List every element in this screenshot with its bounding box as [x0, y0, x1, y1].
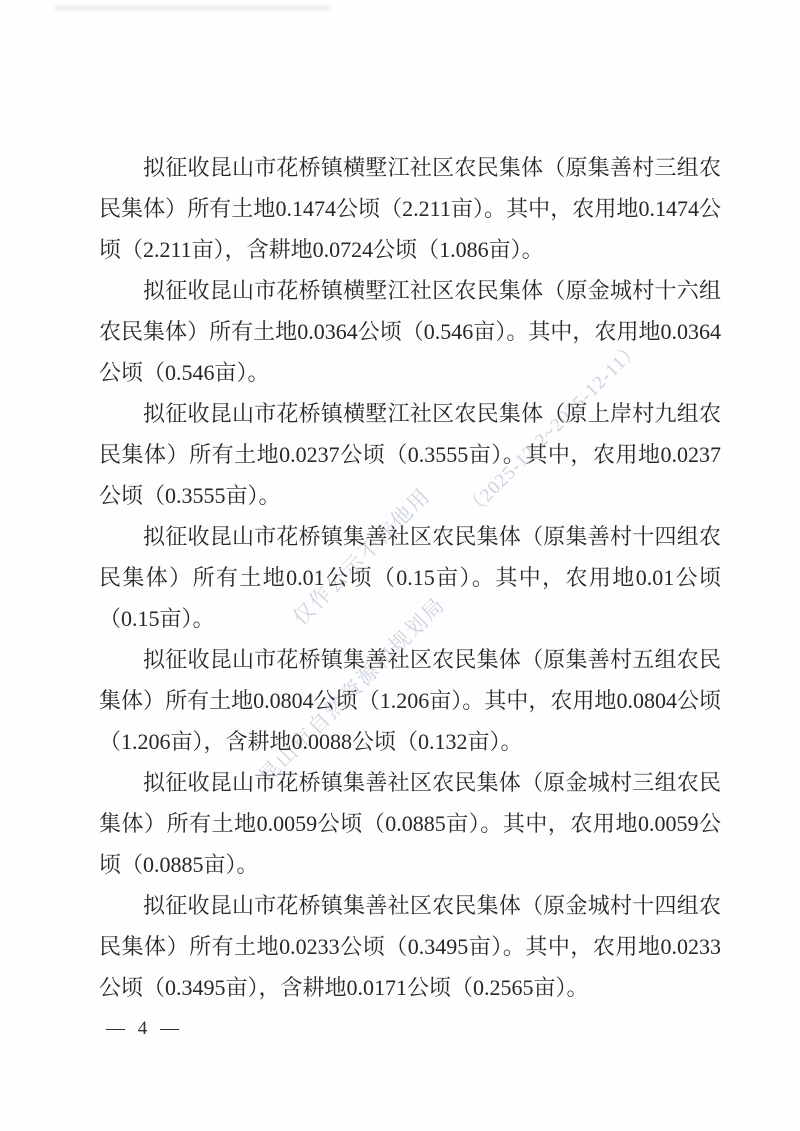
- page-number: — 4 —: [106, 1018, 183, 1040]
- body-paragraph: 拟征收昆山市花桥镇集善社区农民集体（原集善村五组农民集体）所有土地0.0804公…: [99, 639, 721, 762]
- body-paragraph: 拟征收昆山市花桥镇横墅江社区农民集体（原上岸村九组农民集体）所有土地0.0237…: [99, 393, 721, 516]
- body-paragraph: 拟征收昆山市花桥镇集善社区农民集体（原集善村十四组农民集体）所有土地0.01公顷…: [99, 516, 721, 639]
- body-paragraph: 拟征收昆山市花桥镇集善社区农民集体（原金城村十四组农民集体）所有土地0.0233…: [99, 885, 721, 1008]
- body-paragraph: 拟征收昆山市花桥镇横墅江社区农民集体（原金城村十六组农民集体）所有土地0.036…: [99, 270, 721, 393]
- body-paragraph: 拟征收昆山市花桥镇横墅江社区农民集体（原集善村三组农民集体）所有土地0.1474…: [99, 147, 721, 270]
- scan-artifact: [55, 6, 330, 10]
- document-body: 拟征收昆山市花桥镇横墅江社区农民集体（原集善村三组农民集体）所有土地0.1474…: [99, 147, 721, 1008]
- document-page: 仅作公示不作他用 （2025-12-2~2025-12-11） 昆山市自然资源和…: [0, 0, 800, 1131]
- body-paragraph: 拟征收昆山市花桥镇集善社区农民集体（原金城村三组农民集体）所有土地0.0059公…: [99, 762, 721, 885]
